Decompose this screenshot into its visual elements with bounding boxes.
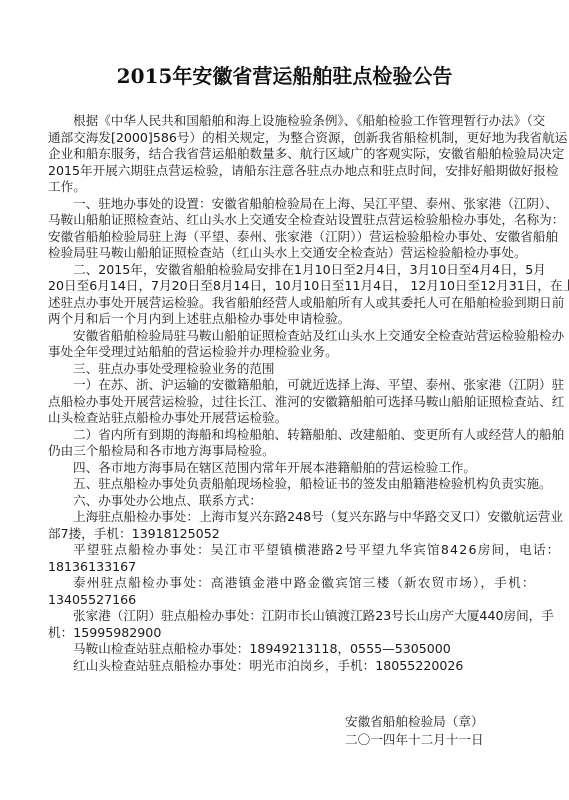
section-5-line: 五、驻点船检办事处负责船舶现场检验，船检证书的签发由船籍港检验机构负责实施。: [48, 476, 518, 493]
document-body: 根据《中华人民共和国船舶和海上设施检验条例》、《船舶检验工作管理暂行办法》（交 …: [48, 113, 518, 674]
section-1-line: 一、驻地办事处的设置：安徽省船舶检验局在上海、吴江平望、泰州、张家港（江阴）、: [48, 196, 518, 213]
paragraph-intro-line: 2015年开展六期驻点营运检验，请船东注意各驻点办地点和驻点时间，安排好船期做好…: [48, 163, 518, 180]
section-4-line: 四、各市地方海事局在辖区范围内常年开展本港籍船舶的营运检验工作。: [48, 460, 518, 477]
section-3-item-1-line: 一）在苏、浙、沪运输的安徽籍船舶，可就近选择上海、平望、泰州、张家港（江阴）驻: [48, 377, 518, 394]
contact-taizhou: 泰州驻点船检办事处：高港镇金港中路金徽宾馆三楼（新农贸市场），手机：: [48, 575, 518, 592]
paragraph-intro-line: 根据《中华人民共和国船舶和海上设施检验条例》、《船舶检验工作管理暂行办法》（交: [48, 113, 518, 130]
section-2-line: 二、2015年，安徽省船舶检验局安排在1月10日至2月4日，3月10日至4月4日…: [48, 262, 518, 279]
contact-maanshan: 马鞍山检查站驻点船检办事处：18949213118，0555—5305000: [48, 641, 518, 658]
document-title: 2015年安徽省营运船舶驻点检验公告: [0, 64, 569, 88]
contact-taizhou: 13405527166: [48, 592, 518, 609]
document-page: 2015年安徽省营运船舶驻点检验公告 根据《中华人民共和国船舶和海上设施检验条例…: [0, 0, 569, 800]
issue-date: 二〇一四年十二月十一日: [345, 731, 484, 749]
signature-block: 安徽省船舶检验局（章） 二〇一四年十二月十一日: [345, 713, 484, 749]
contact-shanghai: 上海驻点船检办事处：上海市复兴东路248号（复兴东路与中华路交叉口）安徽航运营业: [48, 509, 518, 526]
section-3-item-1-line: 山头检查站驻点船检办事处开展营运检验。: [48, 410, 518, 427]
contact-zhangjiagang: 机：15995982900: [48, 625, 518, 642]
section-1-line: 安徽省船舶检验局驻上海（平望、泰州、张家港（江阴））营运检验船检办事处、安徽省船…: [48, 229, 518, 246]
section-3-item-2-line: 仍由三个船检局和各市地方海事局检验。: [48, 443, 518, 460]
paragraph-intro-line: 工作。: [48, 179, 518, 196]
section-1-line: 马鞍山船舶证照检查站、红山头水上交通安全检查站设置驻点营运检验船检办事处，名称为…: [48, 212, 518, 229]
contact-shanghai: 部7搂，手机：13918125052: [48, 526, 518, 543]
paragraph-intro-line: 企业和船东服务，结合我省营运船舶数量多、航行区域广的客观实际，安徽省船舶检验局决…: [48, 146, 518, 163]
contact-hongshantou: 红山头检查站驻点船检办事处：明光市泊岗乡，手机：18055220026: [48, 658, 518, 675]
section-3-item-1-line: 点船检办事处开展营运检验，过往长江、淮河的安徽籍船舶可选择马鞍山船舶证照检查站、…: [48, 394, 518, 411]
contact-pingwang: 平望驻点船检办事处：吴江市平望镇横港路2号平望九华宾馆8426房间，电话：: [48, 542, 518, 559]
section-2-line: 两个月和后一个月内到上述驻点船检办事处申请检验。: [48, 311, 518, 328]
contact-pingwang: 18136133167: [48, 559, 518, 576]
section-1-line: 检验局驻马鞍山船舶证照检查站（红山头水上交通安全检查站）营运检验船检办事处。: [48, 245, 518, 262]
contact-zhangjiagang: 张家港（江阴）驻点船检办事处：江阴市长山镇渡江路23号长山房产大厦440房间，手: [48, 608, 518, 625]
section-3-item-2-line: 二）省内所有到期的海船和坞检船舶、转籍船舶、改建船舶、变更所有人或经营人的船舶: [48, 427, 518, 444]
section-2-line: 述驻点办事处开展营运检验。我省船舶经营人或船舶所有人或其委托人可在船舶检验到期日…: [48, 295, 518, 312]
section-3-heading: 三、驻点办事处受理检验业务的范围: [48, 361, 518, 378]
issuer-name: 安徽省船舶检验局（章）: [345, 713, 484, 731]
section-2b-line: 事处全年受理过站船舶的营运检验并办理检验业务。: [48, 344, 518, 361]
section-2b-line: 安徽省船舶检验局驻马鞍山船舶证照检查站及红山头水上交通安全检查站营运检验船检办: [48, 328, 518, 345]
paragraph-intro-line: 通部交海发[2000]586号）的相关规定，为整合资源，创新我省船检机制，更好地…: [48, 130, 518, 147]
section-6-heading: 六、办事处办公地点、联系方式：: [48, 493, 518, 510]
section-2-line: 20日至6月14日，7月20日至8月14日，10月10日至11月4日， 12月1…: [48, 278, 518, 295]
